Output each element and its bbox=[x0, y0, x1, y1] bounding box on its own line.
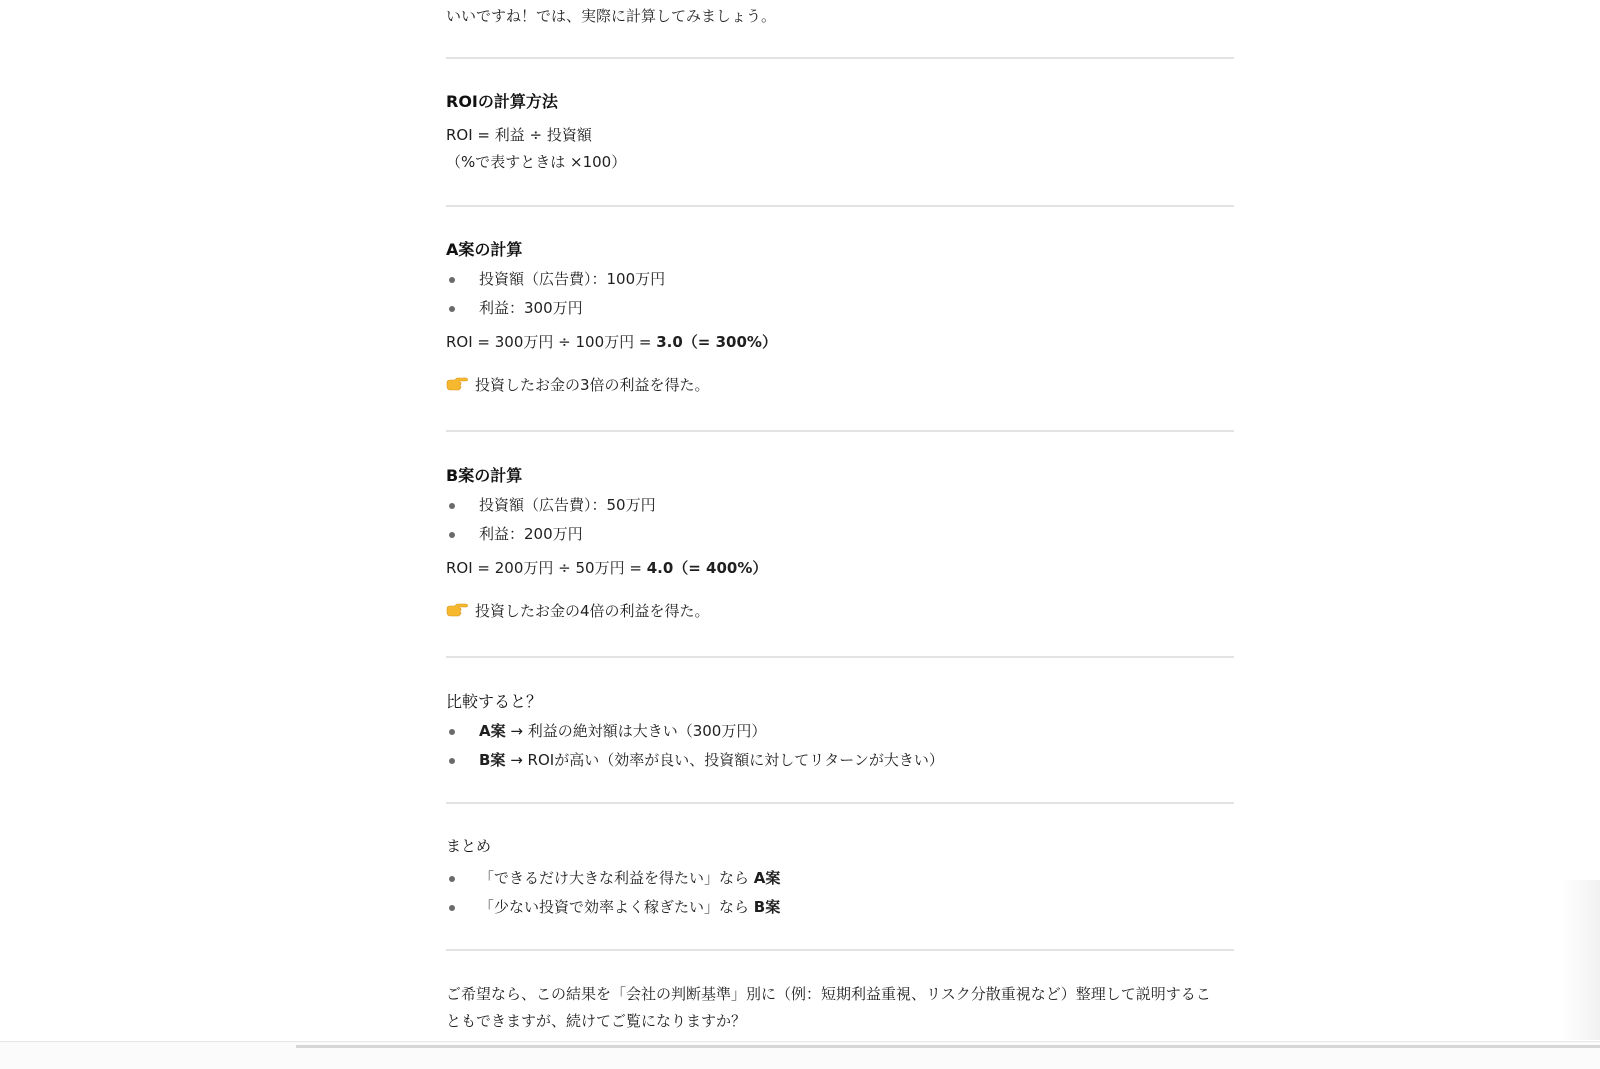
comparison-section: 比較すると？ A案 → 利益の絶対額は大きい（300万円） B案 → ROIが高… bbox=[446, 689, 1234, 775]
list-item: 「できるだけ大きな利益を得たい」なら A案 bbox=[446, 864, 1234, 893]
roi-formula: ROI = 利益 ÷ 投資額 bbox=[446, 122, 1234, 149]
summary-list: 「できるだけ大きな利益を得たい」なら A案 「少ない投資で効率よく稼ぎたい」なら… bbox=[446, 864, 1234, 922]
list-item: 投資額（広告費）：50万円 bbox=[446, 491, 1234, 520]
plan-b-takeaway: 投資したお金の4倍の利益を得た。 bbox=[446, 598, 1234, 625]
item-text: 「少ない投資で効率よく稼ぎたい」なら bbox=[479, 898, 754, 916]
plan-b-section: B案の計算 投資額（広告費）：50万円 利益：200万円 ROI = 200万円… bbox=[446, 463, 1234, 625]
plan-label: B案 bbox=[754, 898, 780, 916]
section-heading: A案の計算 bbox=[446, 237, 1234, 263]
list-item: 「少ない投資で効率よく稼ぎたい」なら B案 bbox=[446, 893, 1234, 922]
divider bbox=[446, 802, 1234, 804]
list-item: 投資額（広告費）：100万円 bbox=[446, 265, 1234, 294]
divider bbox=[446, 430, 1234, 432]
list-item: 利益：200万円 bbox=[446, 520, 1234, 549]
formula-result: 3.0（= 300%） bbox=[656, 333, 777, 351]
section-heading: ROIの計算方法 bbox=[446, 89, 1234, 115]
chat-page: いいですね！では、実際に計算してみましょう。 ROIの計算方法 ROI = 利益… bbox=[0, 0, 1600, 1069]
list-item: B案 → ROIが高い（効率が良い、投資額に対してリターンが大きい） bbox=[446, 746, 1234, 775]
section-heading: B案の計算 bbox=[446, 463, 1234, 489]
edge-shadow bbox=[1560, 880, 1600, 1040]
pointing-right-icon bbox=[446, 603, 468, 617]
plan-a-section: A案の計算 投資額（広告費）：100万円 利益：300万円 ROI = 300万… bbox=[446, 237, 1234, 399]
bottom-border bbox=[0, 1041, 1600, 1042]
plan-a-formula: ROI = 300万円 ÷ 100万円 = 3.0（= 300%） bbox=[446, 329, 1234, 356]
intro-text: いいですね！では、実際に計算してみましょう。 bbox=[446, 3, 776, 30]
closing-text: ご希望なら、この結果を「会社の判断基準」別に（例：短期利益重視、リスク分散重視な… bbox=[446, 981, 1234, 1035]
divider bbox=[446, 205, 1234, 207]
comparison-list: A案 → 利益の絶対額は大きい（300万円） B案 → ROIが高い（効率が良い… bbox=[446, 717, 1234, 775]
plan-b-formula: ROI = 200万円 ÷ 50万円 = 4.0（= 400%） bbox=[446, 555, 1234, 582]
summary-section: まとめ 「できるだけ大きな利益を得たい」なら A案 「少ない投資で効率よく稼ぎた… bbox=[446, 833, 1234, 922]
divider bbox=[446, 57, 1234, 59]
plan-label: A案 bbox=[754, 869, 781, 887]
item-text: → 利益の絶対額は大きい（300万円） bbox=[506, 722, 767, 740]
horizontal-scrollbar[interactable] bbox=[296, 1045, 1600, 1048]
roi-method-section: ROIの計算方法 ROI = 利益 ÷ 投資額 （%で表すときは ×100） bbox=[446, 89, 1234, 176]
divider bbox=[446, 656, 1234, 658]
item-text: → ROIが高い（効率が良い、投資額に対してリターンが大きい） bbox=[505, 751, 943, 769]
plan-a-takeaway: 投資したお金の3倍の利益を得た。 bbox=[446, 372, 1234, 399]
list-item: 利益：300万円 bbox=[446, 294, 1234, 323]
list-item: A案 → 利益の絶対額は大きい（300万円） bbox=[446, 717, 1234, 746]
plan-a-list: 投資額（広告費）：100万円 利益：300万円 bbox=[446, 265, 1234, 323]
closing-line: ともできますが、続けてご覧になりますか？ bbox=[446, 1008, 1234, 1035]
item-text: 「できるだけ大きな利益を得たい」なら bbox=[479, 869, 754, 887]
pointing-right-icon bbox=[446, 377, 468, 391]
plan-b-list: 投資額（広告費）：50万円 利益：200万円 bbox=[446, 491, 1234, 549]
takeaway-text: 投資したお金の3倍の利益を得た。 bbox=[475, 376, 710, 394]
section-heading: まとめ bbox=[446, 833, 1234, 859]
formula-text: ROI = 200万円 ÷ 50万円 = bbox=[446, 559, 647, 577]
formula-text: ROI = 300万円 ÷ 100万円 = bbox=[446, 333, 656, 351]
plan-label: B案 bbox=[479, 751, 505, 769]
plan-label: A案 bbox=[479, 722, 506, 740]
formula-result: 4.0（= 400%） bbox=[647, 559, 768, 577]
roi-note: （%で表すときは ×100） bbox=[446, 149, 1234, 176]
divider bbox=[446, 949, 1234, 951]
section-heading: 比較すると？ bbox=[446, 689, 1234, 715]
closing-line: ご希望なら、この結果を「会社の判断基準」別に（例：短期利益重視、リスク分散重視な… bbox=[446, 981, 1234, 1008]
takeaway-text: 投資したお金の4倍の利益を得た。 bbox=[475, 602, 710, 620]
